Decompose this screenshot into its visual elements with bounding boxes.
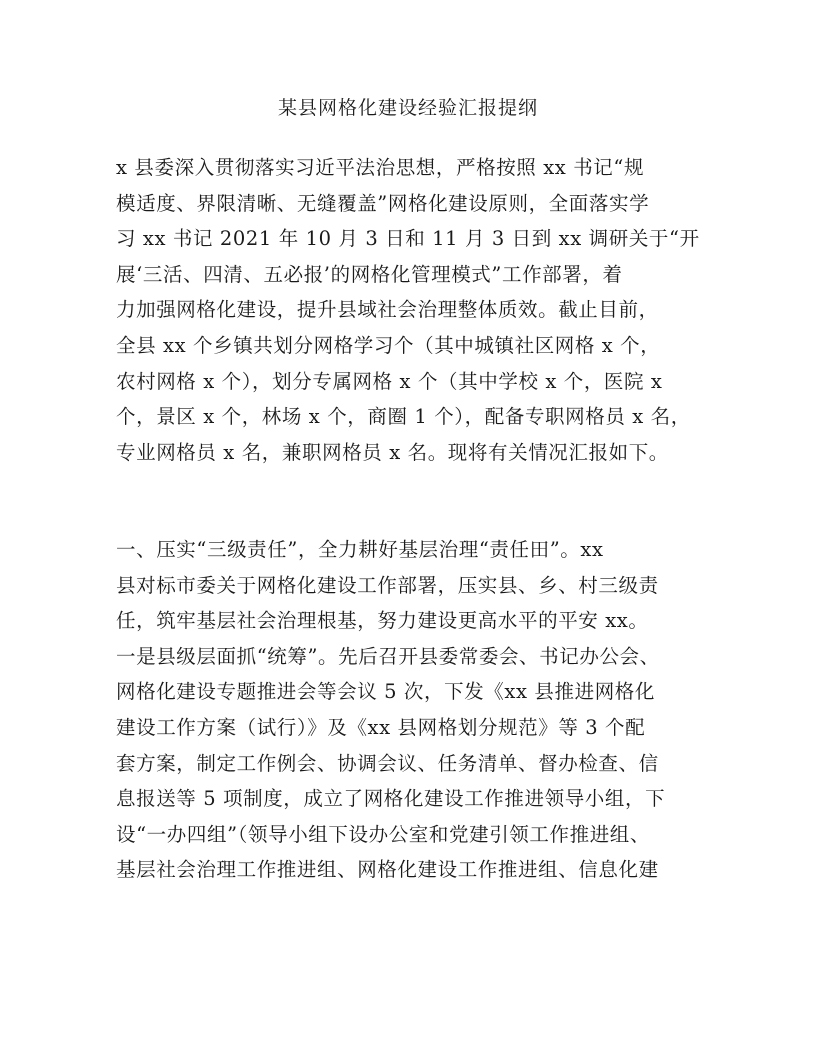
text-line: 网格化建设专题推进会等会议 5 次，下发《xx 县推进网格化 xyxy=(116,674,716,710)
document-title: 某县网格化建设经验汇报提纲 xyxy=(0,94,816,122)
text-line: 县对标市委关于网格化建设工作部署，压实县、乡、村三级责 xyxy=(116,568,716,604)
document-page: 某县网格化建设经验汇报提纲 x 县委深入贯彻落实习近平法治思想，严格按照 xx … xyxy=(0,0,816,1056)
text-line: 展‘三活、四清、五必报’的网格化管理模式”工作部署，着 xyxy=(116,257,716,293)
text-line: 息报送等 5 项制度，成立了网格化建设工作推进领导小组，下 xyxy=(116,781,716,817)
section-one-paragraph: 一、压实“三级责任”，全力耕好基层治理“责任田”。xx 县对标市委关于网格化建设… xyxy=(116,532,716,888)
section-heading-line: 一、压实“三级责任”，全力耕好基层治理“责任田”。xx xyxy=(116,532,716,568)
text-line: 全县 xx 个乡镇共划分网格学习个（其中城镇社区网格 x 个， xyxy=(116,328,716,364)
text-line: 套方案，制定工作例会、协调会议、任务清单、督办检查、信 xyxy=(116,746,716,782)
text-line: 建设工作方案（试行）》及《xx 县网格划分规范》等 3 个配 xyxy=(116,710,716,746)
text-line: 个，景区 x 个，林场 x 个，商圈 1 个），配备专职网格员 x 名， xyxy=(116,399,716,435)
text-line: 农村网格 x 个），划分专属网格 x 个（其中学校 x 个，医院 x xyxy=(116,364,716,400)
text-line: 一是县级层面抓“统筹”。先后召开县委常委会、书记办公会、 xyxy=(116,639,716,675)
text-line: 专业网格员 x 名，兼职网格员 x 名。现将有关情况汇报如下。 xyxy=(116,435,716,471)
intro-paragraph: x 县委深入贯彻落实习近平法治思想，严格按照 xx 书记“规 模适度、界限清晰、… xyxy=(116,150,716,470)
text-line: 设“一办四组”（领导小组下设办公室和党建引领工作推进组、 xyxy=(116,817,716,853)
text-line: x 县委深入贯彻落实习近平法治思想，严格按照 xx 书记“规 xyxy=(116,150,716,186)
text-line: 基层社会治理工作推进组、网格化建设工作推进组、信息化建 xyxy=(116,852,716,888)
text-line: 模适度、界限清晰、无缝覆盖”网格化建设原则，全面落实学 xyxy=(116,186,716,222)
text-line: 力加强网格化建设，提升县域社会治理整体质效。截止目前， xyxy=(116,292,716,328)
text-line: 习 xx 书记 2021 年 10 月 3 日和 11 月 3 日到 xx 调研… xyxy=(116,221,716,257)
text-line: 任，筑牢基层社会治理根基，努力建设更高水平的平安 xx。 xyxy=(116,603,716,639)
